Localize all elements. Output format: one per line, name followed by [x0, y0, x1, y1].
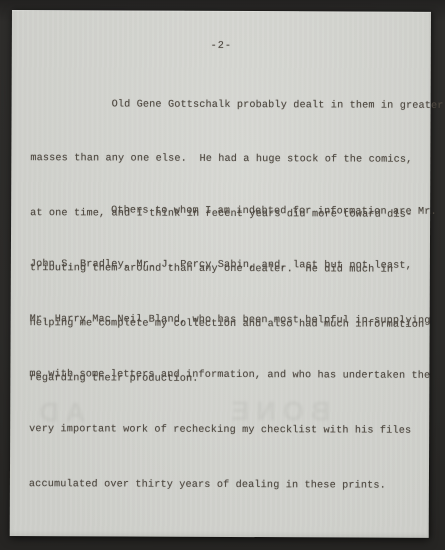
text-line: Old Gene Gottschalk probably dealt in th…	[31, 96, 427, 116]
show-through-marks-left: AD	[32, 397, 85, 428]
text-line: Mr. Harry Mac Neil Bland, who has been m…	[30, 311, 426, 331]
text-line: Others to whom I am indebted for informa…	[30, 202, 426, 222]
document-page: -2- Old Gene Gottschalk probably dealt i…	[10, 10, 431, 538]
show-through-marks-right: BONE	[224, 396, 330, 427]
text-line: accumulated over thirty years of dealing…	[29, 476, 425, 496]
photo-background: -2- Old Gene Gottschalk probably dealt i…	[0, 0, 445, 550]
text-line: John S. Bradley, Mr. J. Percy Sabin, and…	[30, 257, 426, 277]
text-line: me with some letters and information, an…	[29, 366, 425, 386]
paragraph-2: Others to whom I am indebted for informa…	[29, 165, 427, 533]
page-number: -2-	[12, 37, 431, 57]
